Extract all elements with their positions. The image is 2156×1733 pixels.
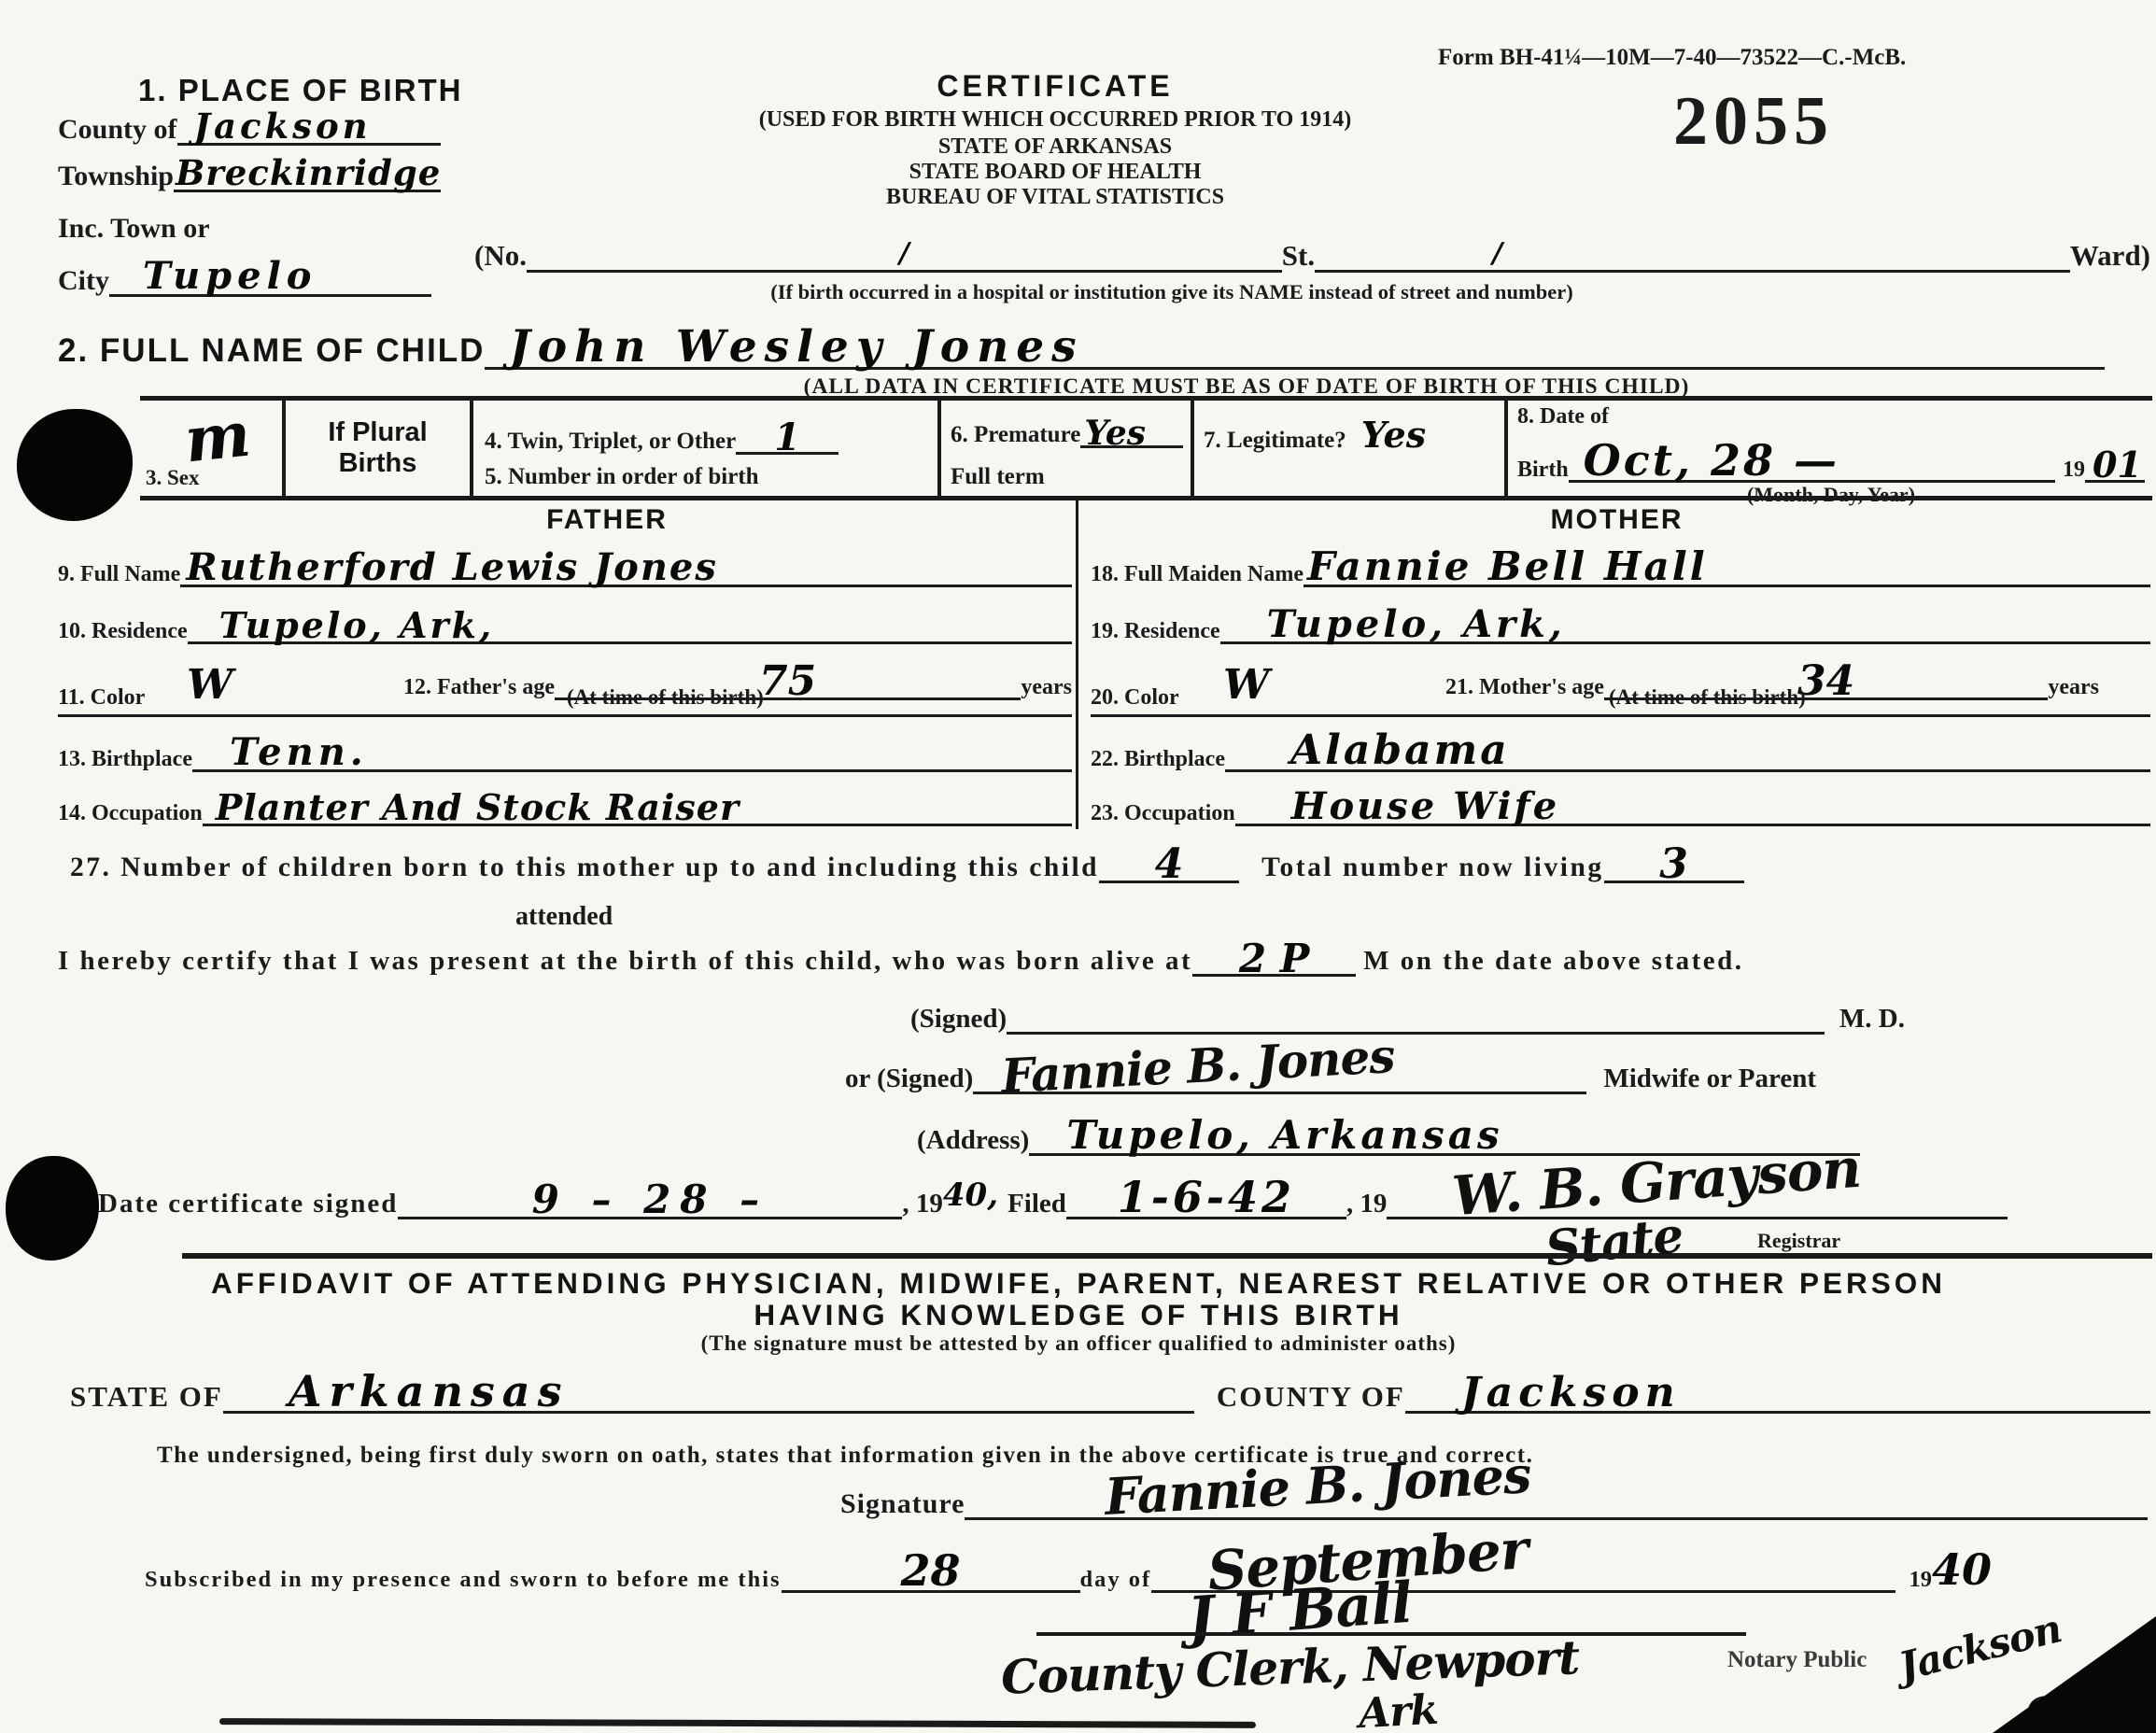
township-underline: Breckinridge	[174, 148, 441, 192]
hospital-note-wrap: (If birth occurred in a hospital or inst…	[481, 280, 1863, 304]
date-signed-underline: 9 – 28 –	[398, 1171, 902, 1219]
full-term-label: Full term	[951, 464, 1183, 490]
sex-value: m	[181, 398, 254, 477]
date-signed-label: Date certificate signed	[98, 1189, 398, 1219]
mother-residence-underline: Tupelo, Ark,	[1220, 598, 2150, 644]
order-label: 5. Number in order of birth	[485, 464, 928, 490]
father-mother-divider	[1076, 500, 1078, 829]
plural-label-2: Births	[286, 448, 470, 479]
signed-underline	[1007, 1032, 1825, 1035]
year-signed-value: 40,	[943, 1176, 998, 1214]
premature-row: 6. Premature Yes	[951, 406, 1183, 448]
corner-fold-shadow	[1993, 1616, 2156, 1733]
affidavit-title-2-wrap: HAVING KNOWLEDGE OF THIS BIRTH	[28, 1298, 2129, 1332]
township-row: Township Breckinridge	[58, 146, 441, 192]
affidavit-county-label: COUNTY OF	[1217, 1380, 1405, 1414]
father-occupation-underline: Planter And Stock Raiser	[203, 782, 1072, 826]
filed-date-value: 1-6-42	[1118, 1172, 1295, 1222]
officer-title-handwritten: County Clerk, Newport	[1000, 1629, 1580, 1705]
father-occupation-label: 14. Occupation	[58, 801, 203, 826]
affidavit-county-underline: Jackson	[1405, 1363, 2150, 1414]
no-underline: ∕	[527, 237, 1282, 273]
affidavit-signature-row: Signature Fannie B. Jones	[840, 1473, 2148, 1520]
filed-year-prefix: , 19	[1346, 1189, 1388, 1219]
legitimate-cell: 7. Legitimate? Yes	[1191, 401, 1504, 496]
notary-public-label: Notary Public	[1727, 1647, 1867, 1673]
county-value: Jackson	[194, 106, 372, 147]
plural-label-1: If Plural	[286, 417, 470, 448]
md-label: M. D.	[1839, 1004, 1905, 1035]
certificate-subtitle: (USED FOR BIRTH WHICH OCCURRED PRIOR TO …	[644, 107, 1466, 133]
city-underline: Tupelo	[109, 250, 431, 297]
subscribed-year-value: 40	[1932, 1544, 1992, 1595]
officer-state-handwritten: Ark	[1358, 1686, 1439, 1733]
birth-certificate-scan: 1. PLACE OF BIRTH County of Jackson Town…	[0, 0, 2156, 1733]
township-value: Breckinridge	[176, 152, 441, 193]
child-name-label: 2. FULL NAME OF CHILD	[58, 332, 485, 370]
child-name-row: 2. FULL NAME OF CHILD John Wesley Jones	[58, 314, 2105, 370]
address-line-row: (No. ∕ St. ∕ Ward)	[474, 224, 2150, 273]
children-count-label: 27. Number of children born to this moth…	[70, 852, 1099, 883]
mother-age-value: 34	[1797, 657, 1854, 705]
address-label: (Address)	[917, 1125, 1029, 1156]
father-name-row: 9. Full Name Rutherford Lewis Jones	[58, 535, 1072, 587]
dob-underline: Oct, 28 —	[1569, 430, 2055, 483]
county-row: County of Jackson	[58, 101, 441, 146]
twin-underline: 1	[736, 408, 838, 455]
mother-color-label: 20. Color	[1091, 685, 1179, 711]
father-color-value: W	[187, 661, 233, 709]
father-birthplace-underline: Tenn.	[192, 726, 1072, 772]
mother-color-age-row: 20. Color W 21. Mother's age 34 years (A…	[1091, 650, 2150, 717]
birth-time-value: 2 P	[1239, 936, 1309, 981]
subscribed-year-prefix: 19	[1909, 1567, 1932, 1593]
ink-blob-bottom	[6, 1156, 99, 1261]
father-color-age-row: 11. Color W 12. Father's age 75 years (A…	[58, 650, 1072, 717]
mother-birthplace-label: 22. Birthplace	[1091, 747, 1225, 772]
child-name-value: John Wesley Jones	[509, 321, 1083, 373]
father-age-years-label: years	[1021, 675, 1072, 700]
children-count-value: 4	[1155, 840, 1184, 888]
mother-occupation-row: 23. Occupation House Wife	[1091, 775, 2150, 826]
st-underline: ∕	[1315, 237, 2070, 273]
state-county-row: STATE OF Arkansas COUNTY OF Jackson	[70, 1356, 2150, 1414]
signed-row: (Signed) M. D.	[910, 993, 1905, 1035]
dob-value: Oct, 28 —	[1584, 435, 1839, 486]
pen-tick-1: ∕	[899, 237, 909, 270]
mother-color-value: W	[1223, 661, 1269, 709]
dob-row: Birth Oct, 28 — 19 01	[1517, 430, 2145, 483]
subscribed-text: Subscribed in my presence and sworn to b…	[145, 1567, 782, 1593]
father-section-title: FATHER	[140, 504, 1074, 536]
mother-name-underline: Fannie Bell Hall	[1303, 539, 2150, 587]
day-of-label: day of	[1080, 1567, 1152, 1593]
father-residence-label: 10. Residence	[58, 619, 188, 644]
date-of-birth-cell: 8. Date of Birth Oct, 28 — 19 01 (Month,…	[1504, 401, 2152, 496]
father-name-underline: Rutherford Lewis Jones	[180, 541, 1072, 587]
affidavit-signature-value: Fannie B. Jones	[1104, 1444, 1532, 1527]
father-name-value: Rutherford Lewis Jones	[186, 545, 718, 589]
or-signed-row: or (Signed) Fannie B. Jones Midwife or P…	[845, 1050, 1816, 1094]
twin-label: 4. Twin, Triplet, or Other	[485, 429, 736, 455]
mother-birthplace-value: Alabama	[1290, 726, 1510, 774]
affidavit-top-rule	[182, 1253, 2152, 1259]
dob-year-value: 01	[2093, 444, 2142, 486]
parent-signature: Fannie B. Jones	[1000, 1028, 1396, 1104]
mother-occupation-label: 23. Occupation	[1091, 801, 1235, 826]
premature-value: Yes	[1084, 414, 1146, 453]
father-age-value: 75	[759, 657, 816, 705]
city-value: Tupelo	[143, 254, 317, 298]
mother-birthplace-underline: Alabama	[1225, 722, 2150, 772]
children-living-label: Total number now living	[1261, 852, 1604, 883]
attended-word: attended	[515, 902, 613, 932]
filed-label: Filed	[1008, 1189, 1066, 1219]
father-color-label: 11. Color	[58, 685, 145, 711]
form-number: Form BH-41¼—10M—7-40—73522—C.-McB.	[1438, 45, 1906, 71]
premature-underline: Yes	[1080, 406, 1183, 448]
or-signed-label: or (Signed)	[845, 1064, 973, 1094]
certificate-title: CERTIFICATE	[644, 69, 1466, 104]
board-line: STATE BOARD OF HEALTH	[644, 160, 1466, 185]
township-label: Township	[58, 161, 174, 192]
father-residence-underline: Tupelo, Ark,	[188, 599, 1072, 644]
mother-occupation-value: House Wife	[1291, 784, 1560, 828]
father-age-note: (At time of this birth)	[567, 685, 764, 710]
legitimate-label: 7. Legitimate?	[1204, 428, 1346, 453]
father-name-label: 9. Full Name	[58, 562, 180, 587]
affidavit-signature-underline: Fannie B. Jones	[965, 1458, 2148, 1520]
bureau-line: BUREAU OF VITAL STATISTICS	[644, 185, 1466, 210]
mother-residence-label: 19. Residence	[1091, 619, 1220, 644]
vitals-table: 3. Sex m If Plural Births 4. Twin, Tripl…	[140, 396, 2152, 500]
father-birthplace-value: Tenn.	[230, 730, 368, 774]
county-underline: Jackson	[177, 102, 441, 146]
affidavit-title-1-wrap: AFFIDAVIT OF ATTENDING PHYSICIAN, MIDWIF…	[28, 1266, 2129, 1301]
pen-tick-2: ∕	[1492, 237, 1502, 270]
children-living-underline: 3	[1604, 833, 1744, 883]
subscribed-day-underline: 28	[782, 1540, 1080, 1593]
certificate-header: CERTIFICATE (USED FOR BIRTH WHICH OCCURR…	[644, 69, 1466, 210]
dob-year-prefix: 19	[2063, 458, 2085, 483]
father-residence-value: Tupelo, Ark,	[219, 604, 494, 646]
mother-birthplace-row: 22. Birthplace Alabama	[1091, 723, 2150, 772]
father-birthplace-row: 13. Birthplace Tenn.	[58, 723, 1072, 772]
legitimate-value: Yes	[1361, 414, 1426, 456]
inc-town-label: Inc. Town or	[58, 213, 210, 245]
certify-text-after: M on the date above stated.	[1363, 946, 1743, 977]
plural-births-cell: If Plural Births	[282, 401, 470, 496]
subscribed-day-value: 28	[901, 1545, 961, 1596]
mother-residence-row: 19. Residence Tupelo, Ark,	[1091, 594, 2150, 644]
father-occupation-value: Planter And Stock Raiser	[216, 786, 740, 828]
filed-date-underline: 1-6-42	[1066, 1166, 1346, 1219]
state-line: STATE OF ARKANSAS	[644, 134, 1466, 160]
children-count-row: 27. Number of children born to this moth…	[70, 838, 2150, 883]
birth-time-underline: 2 P	[1192, 928, 1356, 977]
ink-blob-top	[17, 409, 133, 521]
dob-year-underline: 01	[2085, 438, 2145, 483]
affidavit-state-underline: Arkansas	[223, 1360, 1194, 1414]
county-label: County of	[58, 114, 177, 146]
sex-cell: 3. Sex m	[140, 401, 282, 496]
mother-age-note: (At time of this birth)	[1609, 685, 1806, 710]
subscribed-row: Subscribed in my presence and sworn to b…	[145, 1541, 1992, 1593]
mother-section-title: MOTHER	[1083, 504, 2150, 536]
or-signed-underline: Fannie B. Jones	[973, 1036, 1586, 1094]
mother-residence-value: Tupelo, Ark,	[1267, 602, 1566, 646]
affidavit-title-1: AFFIDAVIT OF ATTENDING PHYSICIAN, MIDWIF…	[211, 1266, 1946, 1300]
dob-label-2: Birth	[1517, 458, 1569, 483]
father-occupation-row: 14. Occupation Planter And Stock Raiser	[58, 775, 1072, 826]
affidavit-state-value: Arkansas	[289, 1366, 570, 1416]
bottom-ink-streak	[219, 1718, 1256, 1728]
signed-label: (Signed)	[910, 1004, 1007, 1035]
mother-name-value: Fannie Bell Hall	[1307, 543, 1708, 589]
mother-occupation-underline: House Wife	[1235, 780, 2150, 826]
premature-cell: 6. Premature Yes Full term	[937, 401, 1191, 496]
twin-value: 1	[774, 416, 800, 459]
certificate-number: 2055	[1673, 82, 1834, 162]
children-count-underline: 4	[1099, 833, 1239, 883]
child-name-underline: John Wesley Jones	[485, 316, 2105, 370]
affidavit-state-label: STATE OF	[70, 1380, 223, 1414]
city-row: City Tupelo	[58, 245, 431, 297]
hospital-note: (If birth occurred in a hospital or inst…	[770, 280, 1572, 303]
mother-age-label: 21. Mother's age	[1445, 675, 1604, 700]
year-signed-prefix: , 19	[902, 1189, 943, 1219]
affidavit-county-value: Jackson	[1461, 1369, 1681, 1416]
father-age-label: 12. Father's age	[403, 675, 555, 700]
ward-label: Ward)	[2070, 239, 2150, 273]
affidavit-note-wrap: (The signature must be attested by an of…	[28, 1331, 2129, 1356]
st-label: St.	[1282, 239, 1315, 273]
affidavit-title-2: HAVING KNOWLEDGE OF THIS BIRTH	[754, 1298, 1402, 1331]
mother-age-years-label: years	[2048, 675, 2099, 700]
twin-order-cell: 4. Twin, Triplet, or Other 1 5. Number i…	[470, 401, 937, 496]
affidavit-note: (The signature must be attested by an of…	[701, 1331, 1457, 1355]
address-value: Tupelo, Arkansas	[1066, 1112, 1502, 1158]
midwife-label: Midwife or Parent	[1603, 1064, 1816, 1094]
children-living-value: 3	[1659, 840, 1688, 888]
no-label: (No.	[474, 239, 527, 273]
affidavit-signature-label: Signature	[840, 1488, 965, 1520]
city-label: City	[58, 265, 109, 297]
father-residence-row: 10. Residence Tupelo, Ark,	[58, 594, 1072, 644]
twin-row: 4. Twin, Triplet, or Other 1	[485, 408, 928, 455]
date-signed-value: 9 – 28 –	[532, 1176, 769, 1222]
mother-name-label: 18. Full Maiden Name	[1091, 562, 1303, 587]
certify-text-before: I hereby certify that I was present at t…	[58, 946, 1192, 977]
mother-name-row: 18. Full Maiden Name Fannie Bell Hall	[1091, 535, 2150, 587]
premature-label: 6. Premature	[951, 422, 1080, 448]
certify-row: I hereby certify that I was present at t…	[58, 930, 2099, 977]
dob-label-1: 8. Date of	[1517, 404, 2145, 430]
father-birthplace-label: 13. Birthplace	[58, 747, 192, 772]
registrar-label: Registrar	[1757, 1229, 1840, 1253]
